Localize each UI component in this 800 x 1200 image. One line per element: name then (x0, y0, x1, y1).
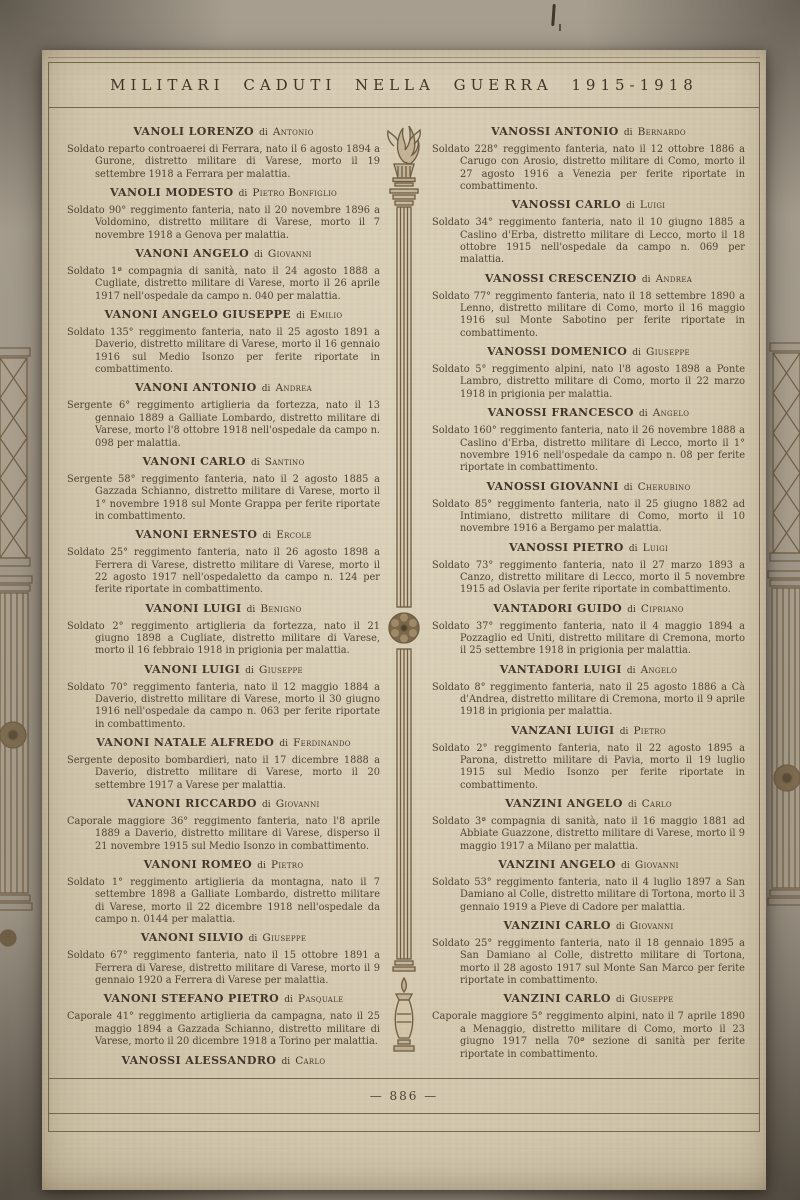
entry-description: Soldato 90° reggimento fanteria, nato il… (67, 205, 380, 242)
father-name: Cherubino (638, 481, 691, 493)
soldier-name: VANTADORI GUIDO (493, 602, 622, 615)
memorial-entry: VANONI LUIGI di Benigno Soldato 2° reggi… (67, 597, 380, 658)
memorial-entry: VANZINI ANGELO di Carlo Soldato 3ª compa… (432, 792, 745, 853)
soldier-name: VANONI STEFANO PIETRO (103, 992, 279, 1005)
entry-description: Soldato 73° reggimento fanteria, nato il… (432, 560, 745, 597)
entry-name-heading: VANZANI LUIGI di Pietro (432, 719, 745, 738)
paternity-prefix: di (262, 384, 271, 394)
entry-name-heading: VANOSSI GIOVANNI di Cherubino (432, 475, 745, 494)
father-name: Santino (265, 456, 305, 468)
entry-name-heading: VANZINI ANGELO di Giovanni (432, 853, 745, 872)
entry-name-heading: VANOLI LORENZO di Antonio (67, 120, 380, 139)
father-name: Giuseppe (630, 993, 674, 1005)
paternity-prefix: di (616, 995, 625, 1005)
entry-name-heading: VANOSSI ALESSANDRO di Carlo (67, 1049, 380, 1068)
entry-description: Sergente 58° reggimento fanteria, nato i… (67, 474, 380, 523)
soldier-name: VANOSSI DOMENICO (487, 345, 627, 358)
memorial-entry: VANTADORI GUIDO di Cipriano Soldato 37° … (432, 597, 745, 658)
paternity-prefix: di (627, 666, 636, 676)
father-name: Emilio (310, 309, 343, 321)
entry-description: Sergente deposito bombardieri, nato il 1… (67, 755, 380, 792)
father-name: Giovanni (635, 859, 679, 871)
memorial-entry: VANOSSI FRANCESCO di Angelo Soldato 160°… (432, 401, 745, 474)
father-name: Vittorio (631, 1067, 673, 1068)
soldier-name: VANOSSI CRESCENZIO (485, 272, 637, 285)
father-name: Benigno (260, 603, 301, 615)
page-header: MILITARI CADUTI NELLA GUERRA 1915-1918 (48, 62, 760, 108)
soldier-name: VANONI NATALE ALFREDO (96, 736, 274, 749)
entry-name-heading: VANTADORI LUIGI di Angelo (432, 658, 745, 677)
memorial-entry: VANZINI CARLO di Giuseppe Caporale maggi… (432, 987, 745, 1060)
father-name: Pietro Bonfiglio (252, 187, 337, 199)
entry-name-heading: VANONI CARLO di Santino (67, 450, 380, 469)
entry-description: Soldato 77° reggimento fanteria, nato il… (432, 291, 745, 340)
memorial-entry: VANOLI LORENZO di Antonio Soldato repart… (67, 120, 380, 181)
father-name: Giovanni (276, 798, 320, 810)
memorial-entry: VANONI SILVIO di Giuseppe Soldato 67° re… (67, 926, 380, 987)
lattice-column-ornament (0, 0, 38, 1200)
father-name: Andrea (275, 382, 312, 394)
paternity-prefix: di (262, 531, 271, 541)
soldier-name: VANOSSI CARLO (512, 198, 621, 211)
entry-description: Soldato 2° reggimento artiglieria da for… (67, 621, 380, 658)
entry-description: Soldato 160° reggimento fanteria, nato i… (432, 425, 745, 474)
entry-description: Caporale maggiore 5° reggimento alpini, … (432, 1011, 745, 1060)
memorial-entry: VANOSSI PIETRO di Luigi Soldato 73° regg… (432, 536, 745, 597)
father-name: Andrea (656, 273, 693, 285)
soldier-name: VANOSSI GIOVANNI (486, 480, 618, 493)
soldier-name: VANZINI CARLO (503, 919, 610, 932)
soldier-name: VANONI LUIGI (144, 663, 240, 676)
entry-description: Sergente 6° reggimento artiglieria da fo… (67, 400, 380, 449)
entry-name-heading: VANOSSI CARLO di Luigi (432, 193, 745, 212)
father-name: Luigi (643, 542, 669, 554)
father-name: Giuseppe (646, 346, 690, 358)
memorial-entry: VANOSSI CARLO di Luigi Soldato 34° reggi… (432, 193, 745, 266)
entry-name-heading: VANZINI CARLO di Vittorio (432, 1061, 745, 1068)
entry-description: Soldato 53° reggimento fanteria, nato il… (432, 877, 745, 914)
soldier-name: VANONI ANTONIO (135, 381, 257, 394)
father-name: Giuseppe (259, 664, 303, 676)
paternity-prefix: di (281, 1057, 290, 1067)
soldier-name: VANZINI CARLO (503, 992, 610, 1005)
memorial-entry: VANONI ANGELO GIUSEPPE di Emilio Soldato… (67, 303, 380, 376)
paternity-prefix: di (624, 128, 633, 138)
soldier-name: VANONI ROMEO (144, 858, 253, 871)
entry-description: Soldato 135° reggimento fanteria, nato i… (67, 327, 380, 376)
entry-name-heading: VANTADORI GUIDO di Cipriano (432, 597, 745, 616)
paternity-prefix: di (257, 861, 266, 871)
paternity-prefix: di (249, 934, 258, 944)
entries-two-column-layout: VANOLI LORENZO di Antonio Soldato repart… (67, 120, 745, 1068)
memorial-entry: VANONI ANGELO di Giovanni Soldato 1ª com… (67, 242, 380, 303)
paternity-prefix: di (621, 861, 630, 871)
memorial-entry: VANOSSI DOMENICO di Giuseppe Soldato 5° … (432, 340, 745, 401)
paternity-prefix: di (254, 250, 263, 260)
entry-name-heading: VANONI STEFANO PIETRO di Pasquale (67, 987, 380, 1006)
soldier-name: VANONI ANGELO GIUSEPPE (105, 308, 292, 321)
father-name: Pietro (271, 859, 303, 871)
entry-name-heading: VANONI RICCARDO di Giovanni (67, 792, 380, 811)
entry-name-heading: VANONI LUIGI di Giuseppe (67, 658, 380, 677)
father-name: Angelo (641, 664, 678, 676)
entry-description: Soldato 2° reggimento fanteria, nato il … (432, 743, 745, 792)
paternity-prefix: di (626, 201, 635, 211)
memorial-entry: VANONI ERNESTO di Ercole Soldato 25° reg… (67, 523, 380, 596)
soldier-name: VANTADORI LUIGI (500, 663, 622, 676)
paternity-prefix: di (239, 189, 248, 199)
entry-name-heading: VANONI ERNESTO di Ercole (67, 523, 380, 542)
entry-description: Soldato 5° reggimento alpini, nato l'8 a… (432, 364, 745, 401)
father-name: Cipriano (641, 603, 684, 615)
entry-description: Soldato 1ª compagnia di sanità, nato il … (67, 266, 380, 303)
page-number: — 886 — (370, 1089, 439, 1103)
soldier-name: VANONI ERNESTO (135, 528, 257, 541)
entry-description: Soldato 34° reggimento fanteria, nato il… (432, 217, 745, 266)
father-name: Carlo (642, 798, 672, 810)
paternity-prefix: di (616, 922, 625, 932)
paternity-prefix: di (279, 739, 288, 749)
paternity-prefix: di (259, 128, 268, 138)
father-name: Carlo (295, 1055, 325, 1067)
memorial-entry: VANONI LUIGI di Giuseppe Soldato 70° reg… (67, 658, 380, 731)
entry-name-heading: VANZINI CARLO di Giuseppe (432, 987, 745, 1006)
soldier-name: VANOSSI FRANCESCO (488, 406, 634, 419)
entry-name-heading: VANOSSI DOMENICO di Giuseppe (432, 340, 745, 359)
memorial-entry: VANONI RICCARDO di Giovanni Caporale mag… (67, 792, 380, 853)
memorial-entry: VANONI ANTONIO di Andrea Sergente 6° reg… (67, 376, 380, 449)
soldier-name: VANONI LUIGI (145, 602, 241, 615)
paternity-prefix: di (632, 348, 641, 358)
entry-description: Soldato 25° reggimento fanteria, nato il… (67, 547, 380, 596)
father-name: Antonio (273, 126, 314, 138)
left-column: VANOLI LORENZO di Antonio Soldato repart… (67, 120, 380, 1068)
memorial-entry: VANZINI CARLO di Giovanni Soldato 25° re… (432, 914, 745, 987)
soldier-name: VANONI RICCARDO (127, 797, 256, 810)
soldier-name: VANONI ANGELO (135, 247, 249, 260)
father-name: Angelo (653, 407, 690, 419)
entry-description: Soldato 70° reggimento fanteria, nato il… (67, 682, 380, 731)
book-page: MILITARI CADUTI NELLA GUERRA 1915-1918 (42, 50, 766, 1190)
soldier-name: VANOSSI ANTONIO (491, 125, 619, 138)
entry-name-heading: VANOLI MODESTO di Pietro Bonfiglio (67, 181, 380, 200)
father-name: Giovanni (630, 920, 674, 932)
entry-description: Soldato 1° reggimento artiglieria da mon… (67, 877, 380, 926)
entry-name-heading: VANONI LUIGI di Benigno (67, 597, 380, 616)
entry-name-heading: VANONI ANTONIO di Andrea (67, 376, 380, 395)
memorial-entry: VANZINI ANGELO di Giovanni Soldato 53° r… (432, 853, 745, 914)
entry-name-heading: VANONI ROMEO di Pietro (67, 853, 380, 872)
entry-name-heading: VANOSSI ANTONIO di Bernardo (432, 120, 745, 139)
paternity-prefix: di (262, 800, 271, 810)
memorial-entry: VANZANI LUIGI di Pietro Soldato 2° reggi… (432, 719, 745, 792)
paternity-prefix: di (284, 995, 293, 1005)
soldier-name: VANOLI MODESTO (110, 186, 234, 199)
memorial-entry: VANONI STEFANO PIETRO di Pasquale Capora… (67, 987, 380, 1048)
entry-description: Caporale maggiore 36° reggimento fanteri… (67, 816, 380, 853)
entry-description: Soldato reparto controaerei di Ferrara, … (67, 144, 380, 181)
lattice-column-ornament (762, 0, 800, 1200)
paternity-prefix: di (639, 409, 648, 419)
soldier-name: VANONI CARLO (142, 455, 245, 468)
entry-description: Soldato 85° reggimento fanteria, nato il… (432, 499, 745, 536)
memorial-entry: VANOSSI ALESSANDRO di Carlo Caporale 67°… (67, 1049, 380, 1069)
page-title: MILITARI CADUTI NELLA GUERRA 1915-1918 (110, 76, 698, 94)
entry-name-heading: VANOSSI CRESCENZIO di Andrea (432, 267, 745, 286)
entry-name-heading: VANZINI ANGELO di Carlo (432, 792, 745, 811)
soldier-name: VANONI SILVIO (141, 931, 244, 944)
top-hairline-rule (48, 57, 760, 58)
entry-name-heading: VANOSSI FRANCESCO di Angelo (432, 401, 745, 420)
memorial-entry: VANONI ROMEO di Pietro Soldato 1° reggim… (67, 853, 380, 926)
father-name: Pasquale (298, 993, 344, 1005)
father-name: Luigi (640, 199, 666, 211)
entry-name-heading: VANOSSI PIETRO di Luigi (432, 536, 745, 555)
entry-description: Soldato 37° reggimento fanteria, nato il… (432, 621, 745, 658)
entry-description: Caporale 41° reggimento artiglieria da c… (67, 1011, 380, 1048)
soldier-name: VANOSSI PIETRO (509, 541, 624, 554)
father-name: Giuseppe (262, 932, 306, 944)
entry-name-heading: VANONI SILVIO di Giuseppe (67, 926, 380, 945)
father-name: Ercole (276, 529, 312, 541)
soldier-name: VANZINI ANGELO (498, 858, 616, 871)
memorial-entry: VANOSSI ANTONIO di Bernardo Soldato 228°… (432, 120, 745, 193)
father-name: Ferdinando (293, 737, 351, 749)
entry-name-heading: VANONI NATALE ALFREDO di Ferdinando (67, 731, 380, 750)
father-name: Giovanni (268, 248, 312, 260)
entry-description: Soldato 67° reggimento fanteria, nato il… (67, 950, 380, 987)
paternity-prefix: di (627, 605, 636, 615)
soldier-name: VANOLI LORENZO (133, 125, 254, 138)
paternity-prefix: di (247, 605, 256, 615)
soldier-name: VANOSSI ALESSANDRO (122, 1054, 277, 1067)
entry-description: Soldato 3ª compagnia di sanità, nato il … (432, 816, 745, 853)
entry-description: Soldato 8° reggimento fanteria, nato il … (432, 682, 745, 719)
soldier-name: VANZANI LUIGI (511, 724, 614, 737)
entry-name-heading: VANONI ANGELO di Giovanni (67, 242, 380, 261)
photo-artifact-mark (559, 24, 561, 31)
paternity-prefix: di (629, 544, 638, 554)
paternity-prefix: di (296, 311, 305, 321)
paternity-prefix: di (620, 727, 629, 737)
memorial-entry: VANOLI MODESTO di Pietro Bonfiglio Solda… (67, 181, 380, 242)
page-footer: — 886 — (48, 1078, 760, 1114)
soldier-name: VANZINI CARLO (505, 1066, 612, 1068)
paternity-prefix: di (245, 666, 254, 676)
memorial-entry: VANZINI CARLO di Vittorio Soldato 7° reg… (432, 1061, 745, 1068)
paternity-prefix: di (642, 275, 651, 285)
entry-name-heading: VANZINI CARLO di Giovanni (432, 914, 745, 933)
father-name: Pietro (633, 725, 665, 737)
entry-description: Soldato 25° reggimento fanteria, nato il… (432, 938, 745, 987)
paternity-prefix: di (628, 800, 637, 810)
soldier-name: VANZINI ANGELO (505, 797, 623, 810)
memorial-entry: VANOSSI GIOVANNI di Cherubino Soldato 85… (432, 475, 745, 536)
memorial-entry: VANOSSI CRESCENZIO di Andrea Soldato 77°… (432, 267, 745, 340)
memorial-entry: VANONI NATALE ALFREDO di Ferdinando Serg… (67, 731, 380, 792)
memorial-entry: VANONI CARLO di Santino Sergente 58° reg… (67, 450, 380, 523)
photo-artifact-mark (551, 4, 556, 26)
father-name: Bernardo (638, 126, 686, 138)
memorial-entry: VANTADORI LUIGI di Angelo Soldato 8° reg… (432, 658, 745, 719)
entry-description: Soldato 228° reggimento fanteria, nato i… (432, 144, 745, 193)
right-column: VANOSSI ANTONIO di Bernardo Soldato 228°… (432, 120, 745, 1068)
paternity-prefix: di (251, 458, 260, 468)
entry-name-heading: VANONI ANGELO GIUSEPPE di Emilio (67, 303, 380, 322)
paternity-prefix: di (624, 483, 633, 493)
